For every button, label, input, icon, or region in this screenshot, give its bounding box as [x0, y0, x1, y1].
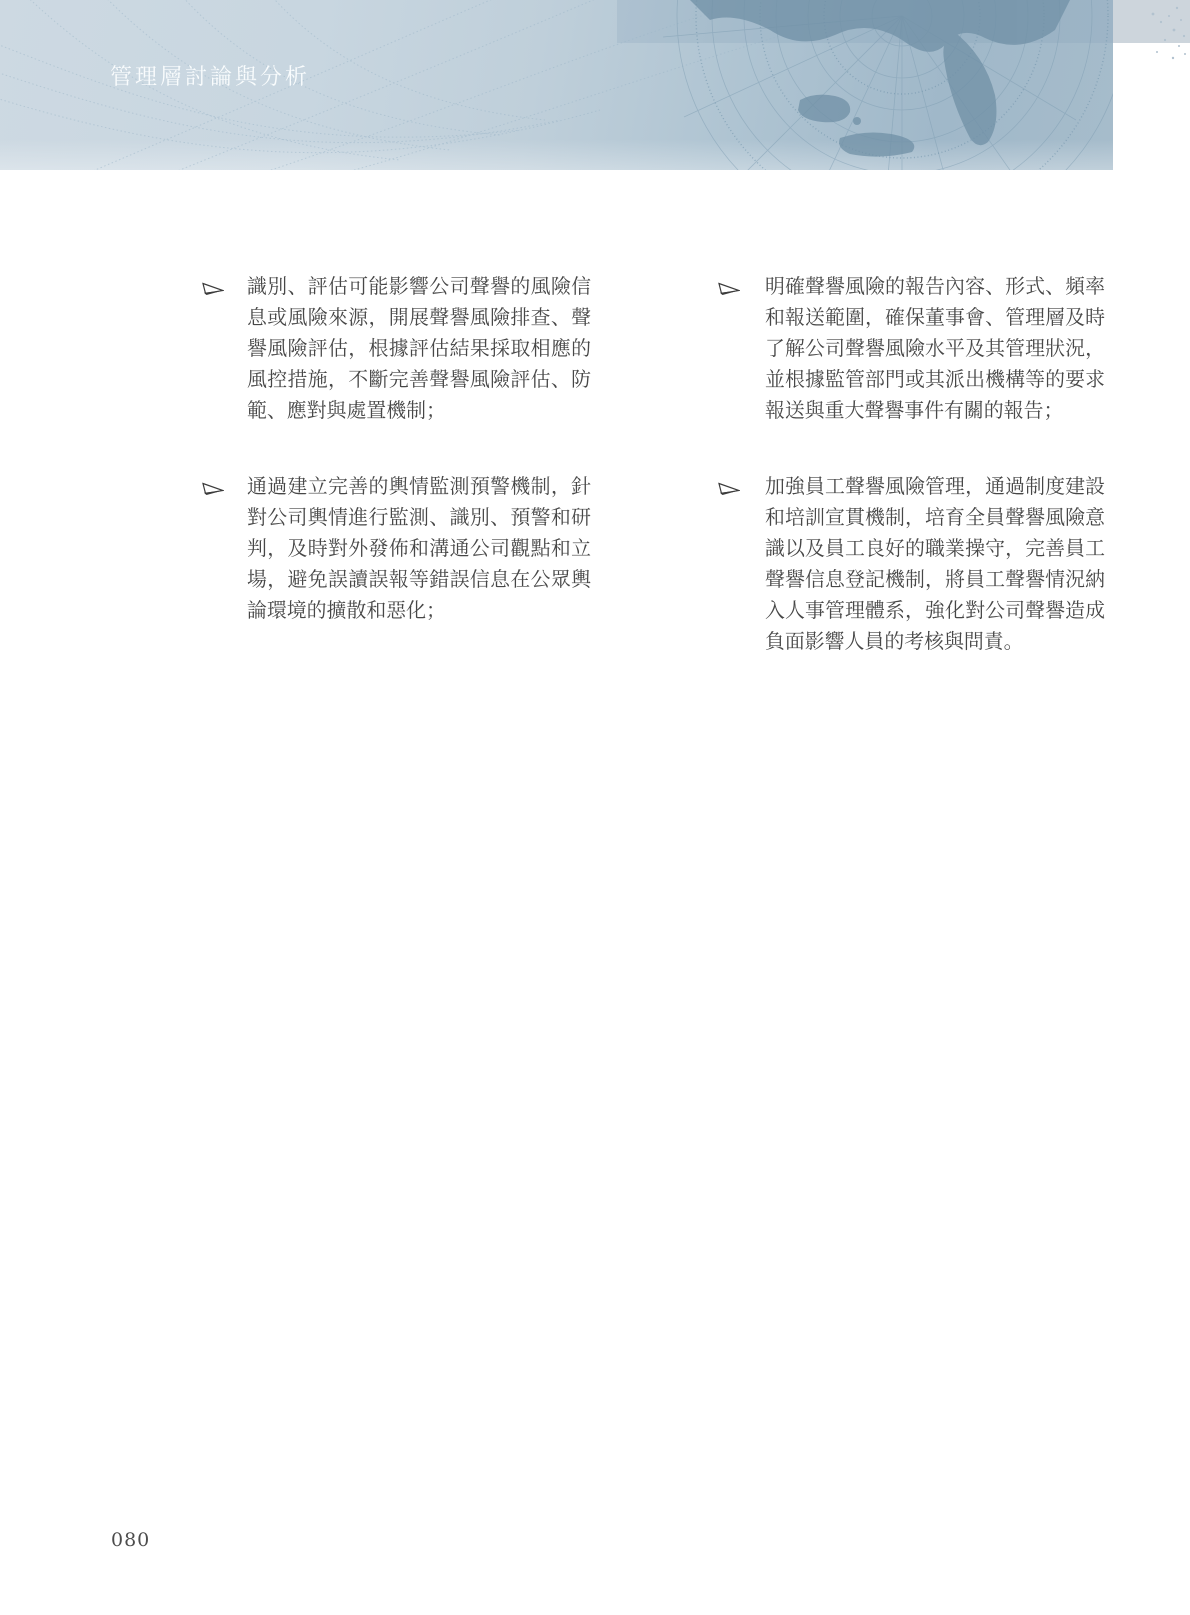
arrow-bullet-icon: [202, 472, 247, 501]
bullet-item: 明確聲譽風險的報告內容、形式、頻率和報送範圍，確保董事會、管理層及時了解公司聲譽…: [718, 272, 1108, 427]
header-banner: 管理層討論與分析: [0, 0, 1113, 170]
arrow-bullet-icon: [202, 272, 247, 301]
arrow-bullet-icon: [718, 472, 765, 501]
bullet-item: 識別、評估可能影響公司聲譽的風險信息或風險來源，開展聲譽風險排查、聲譽風險評估，…: [202, 272, 594, 427]
bullet-text: 加強員工聲譽風險管理，通過制度建設和培訓宣貫機制，培育全員聲譽風險意識以及員工良…: [765, 472, 1105, 658]
page-number: 080: [111, 1529, 150, 1551]
bullet-text: 明確聲譽風險的報告內容、形式、頻率和報送範圍，確保董事會、管理層及時了解公司聲譽…: [765, 272, 1105, 427]
bullet-item: 加強員工聲譽風險管理，通過制度建設和培訓宣貫機制，培育全員聲譽風險意識以及員工良…: [718, 472, 1108, 658]
bullet-column-right: 明確聲譽風險的報告內容、形式、頻率和報送範圍，確保董事會、管理層及時了解公司聲譽…: [718, 272, 1108, 703]
document-page: 管理層討論與分析: [0, 0, 1190, 1615]
arrow-bullet-icon: [718, 272, 765, 301]
bullet-text: 識別、評估可能影響公司聲譽的風險信息或風險來源，開展聲譽風險排查、聲譽風險評估，…: [247, 272, 591, 427]
corner-speckle-decoration: [1128, 0, 1190, 80]
page-header: 管理層討論與分析: [0, 0, 1190, 172]
bullet-column-left: 識別、評估可能影響公司聲譽的風險信息或風險來源，開展聲譽風險排查、聲譽風險評估，…: [202, 272, 594, 672]
bullet-text: 通過建立完善的輿情監測預警機制，針對公司輿情進行監測、識別、預警和研判，及時對外…: [247, 472, 591, 627]
bullet-item: 通過建立完善的輿情監測預警機制，針對公司輿情進行監測、識別、預警和研判，及時對外…: [202, 472, 594, 627]
page-title: 管理層討論與分析: [110, 60, 310, 91]
